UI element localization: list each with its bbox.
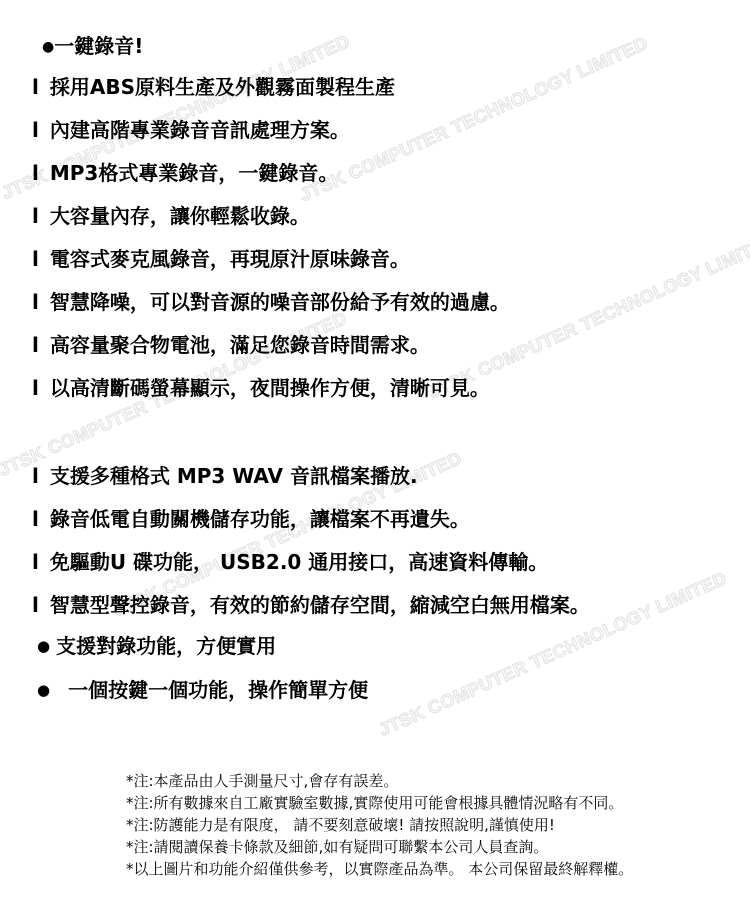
bullet-bar: l [32,464,39,488]
highlight-item: ●一個按鍵一個功能，操作簡單方便 [37,678,368,702]
feature-item: l支援多種格式 MP3 WAV 音訊檔案播放. [32,464,418,488]
footnote-line: *注:所有數據來自工廠實驗室數據,實際使用可能會根據具體情況略有不同。 [126,794,623,813]
feature-text: 以高清斷碼螢幕顯示，夜間操作方便，清晰可見。 [50,376,490,400]
bullet-dot-icon: ● [37,637,50,655]
feature-item: l免驅動U 碟功能， USB2.0 通用接口，高速資料傳輸。 [32,550,548,574]
feature-text: 免驅動U 碟功能， USB2.0 通用接口，高速資料傳輸。 [50,550,548,574]
feature-item: l錄音低電自動關機儲存功能，讓檔案不再遺失。 [32,507,470,531]
bullet-dot-icon: ● [37,681,50,699]
feature-text: 電容式麥克風錄音，再現原汁原味錄音。 [50,247,410,271]
feature-text: 錄音低電自動關機儲存功能，讓檔案不再遺失。 [50,507,470,531]
feature-item: l內建高階專業錄音音訊處理方案。 [32,118,350,142]
highlight-text: 一個按鍵一個功能，操作簡單方便 [68,678,368,702]
highlight-item: ●支援對錄功能，方便實用 [37,634,276,658]
bullet-bar: l [32,118,39,142]
feature-text: 高容量聚合物電池，滿足您錄音時間需求。 [50,333,430,357]
footnote-line: *注:本產品由人手測量尺寸,會存有誤差。 [126,772,398,791]
feature-item: l大容量內存，讓你輕鬆收錄。 [32,204,310,228]
feature-item: l以高清斷碼螢幕顯示，夜間操作方便，清晰可見。 [32,376,490,400]
footnote-line: *以上圖片和功能介紹僅供參考，以實際產品為準。 本公司保留最終解釋權。 [126,860,633,879]
feature-text: MP3格式專業錄音，一鍵錄音。 [50,161,338,185]
bullet-bar: l [32,593,39,617]
feature-text: 內建高階專業錄音音訊處理方案。 [50,118,350,142]
feature-text: 大容量內存，讓你輕鬆收錄。 [50,204,310,228]
feature-text: 智慧型聲控錄音，有效的節約儲存空間，縮減空白無用檔案。 [50,593,590,617]
headline-line: ●一鍵錄音! [42,34,143,59]
feature-text: 智慧降噪，可以對音源的噪音部份給予有效的過慮。 [50,290,510,314]
feature-item: l採用ABS原料生產及外觀霧面製程生產 [32,75,395,99]
footnote-line: *注:請閱讀保養卡條款及細節,如有疑問可聯繫本公司人員查詢。 [126,838,548,857]
feature-item: l高容量聚合物電池，滿足您錄音時間需求。 [32,333,430,357]
bullet-bar: l [32,550,39,574]
feature-text: 支援多種格式 MP3 WAV 音訊檔案播放. [50,464,418,488]
bullet-bar: l [32,290,39,314]
bullet-bar: l [32,247,39,271]
feature-item: lMP3格式專業錄音，一鍵錄音。 [32,161,338,185]
bullet-dot-icon: ● [42,39,54,55]
highlight-text: 支援對錄功能，方便實用 [56,634,276,658]
product-description-page: JTSK COMPUTER TECHNOLOGY LIMITED JTSK CO… [0,0,750,901]
bullet-bar: l [32,333,39,357]
feature-item: l智慧降噪，可以對音源的噪音部份給予有效的過慮。 [32,290,510,314]
bullet-bar: l [32,161,39,185]
footnote-line: *注:防護能力是有限度， 請不要刻意破壞! 請按照說明,謹慎使用! [126,816,555,835]
bullet-bar: l [32,507,39,531]
feature-item: l智慧型聲控錄音，有效的節約儲存空間，縮減空白無用檔案。 [32,593,590,617]
feature-item: l電容式麥克風錄音，再現原汁原味錄音。 [32,247,410,271]
bullet-bar: l [32,75,39,99]
headline-text: 一鍵錄音! [54,34,143,58]
feature-text: 採用ABS原料生產及外觀霧面製程生產 [50,75,395,99]
bullet-bar: l [32,204,39,228]
bullet-bar: l [32,376,39,400]
watermark-text: JTSK COMPUTER TECHNOLOGY LIMITED [297,33,651,206]
